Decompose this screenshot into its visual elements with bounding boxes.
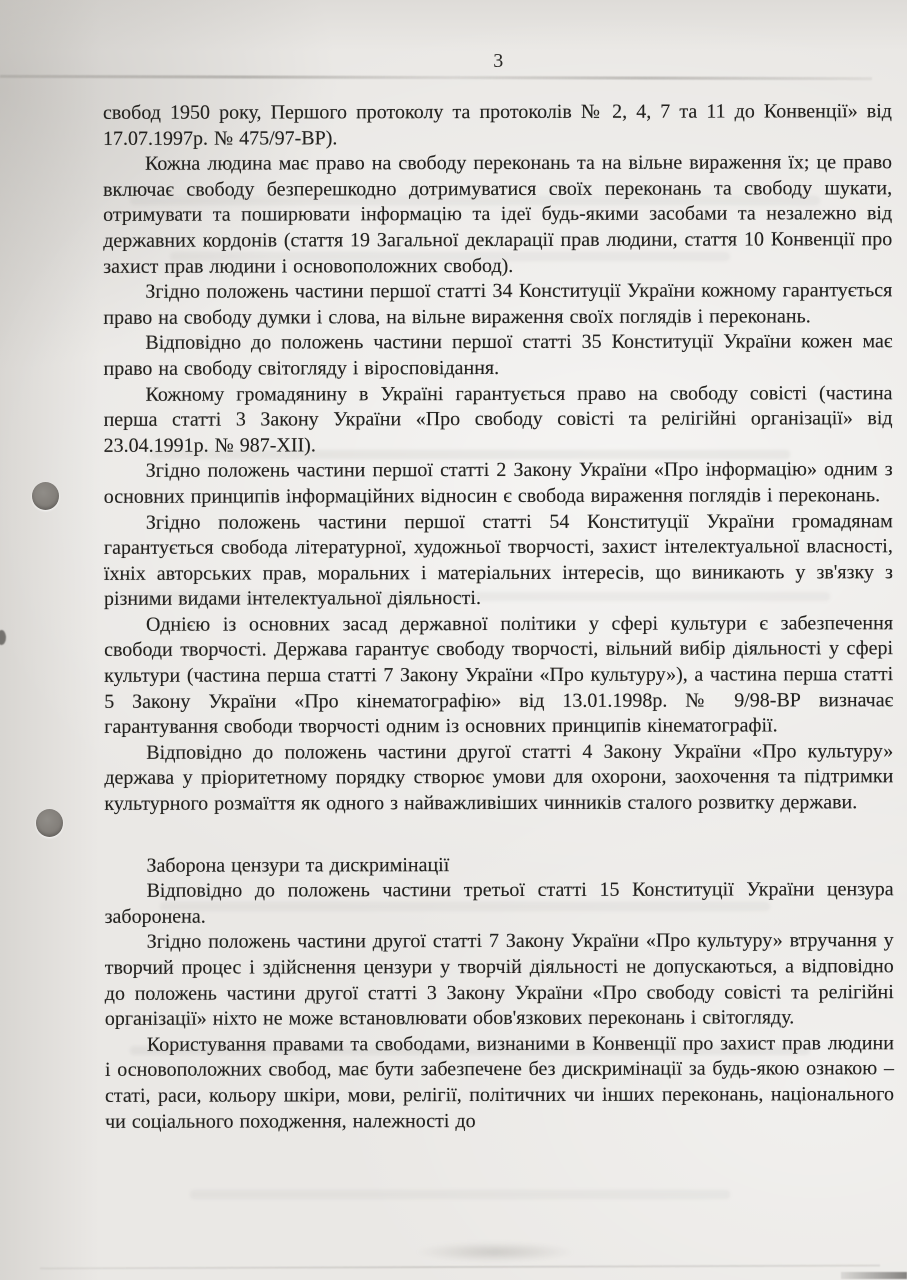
paragraph: Відповідно до положень частини третьої с… xyxy=(105,877,894,930)
paragraph: Користування правами та свободами, визна… xyxy=(105,1031,894,1135)
paragraph: Кожна людина має право на свободу переко… xyxy=(103,150,892,280)
paragraph: Відповідно до положень частини першої ст… xyxy=(103,330,892,383)
paragraph: свобод 1950 року, Першого протоколу та п… xyxy=(103,99,892,152)
section-heading: Заборона цензури та дискримінації xyxy=(104,852,893,879)
hole-punch-icon xyxy=(32,482,59,510)
hole-punch-icon xyxy=(36,809,63,837)
paragraph: Кожному громадянину в Україні гарантуєть… xyxy=(104,381,893,459)
page-number: 3 xyxy=(104,50,893,73)
paragraph: Згідно положень частини другої статті 7 … xyxy=(105,929,894,1033)
paragraph: Однією із основних засад державної політ… xyxy=(104,611,893,741)
paragraph: Згідно положень частини першої статті 34… xyxy=(103,278,892,331)
ink-bleed-band xyxy=(190,1190,730,1199)
scan-fold-line xyxy=(40,1265,880,1270)
scan-fold-line xyxy=(0,75,872,80)
scan-smudge xyxy=(415,1242,575,1262)
paragraph: Згідно положень частини першої статті 2 … xyxy=(104,457,893,510)
paragraph: Згідно положень частини першої статті 54… xyxy=(104,509,893,613)
scan-shadow-streak xyxy=(841,1272,907,1279)
scan-edge-mark xyxy=(0,630,6,645)
document-text: свобод 1950 року, Першого протоколу та п… xyxy=(103,99,894,1135)
scanned-page: 3 свобод 1950 року, Першого протоколу та… xyxy=(0,0,907,1280)
paragraph: Відповідно до положень частини другої ст… xyxy=(104,739,893,817)
